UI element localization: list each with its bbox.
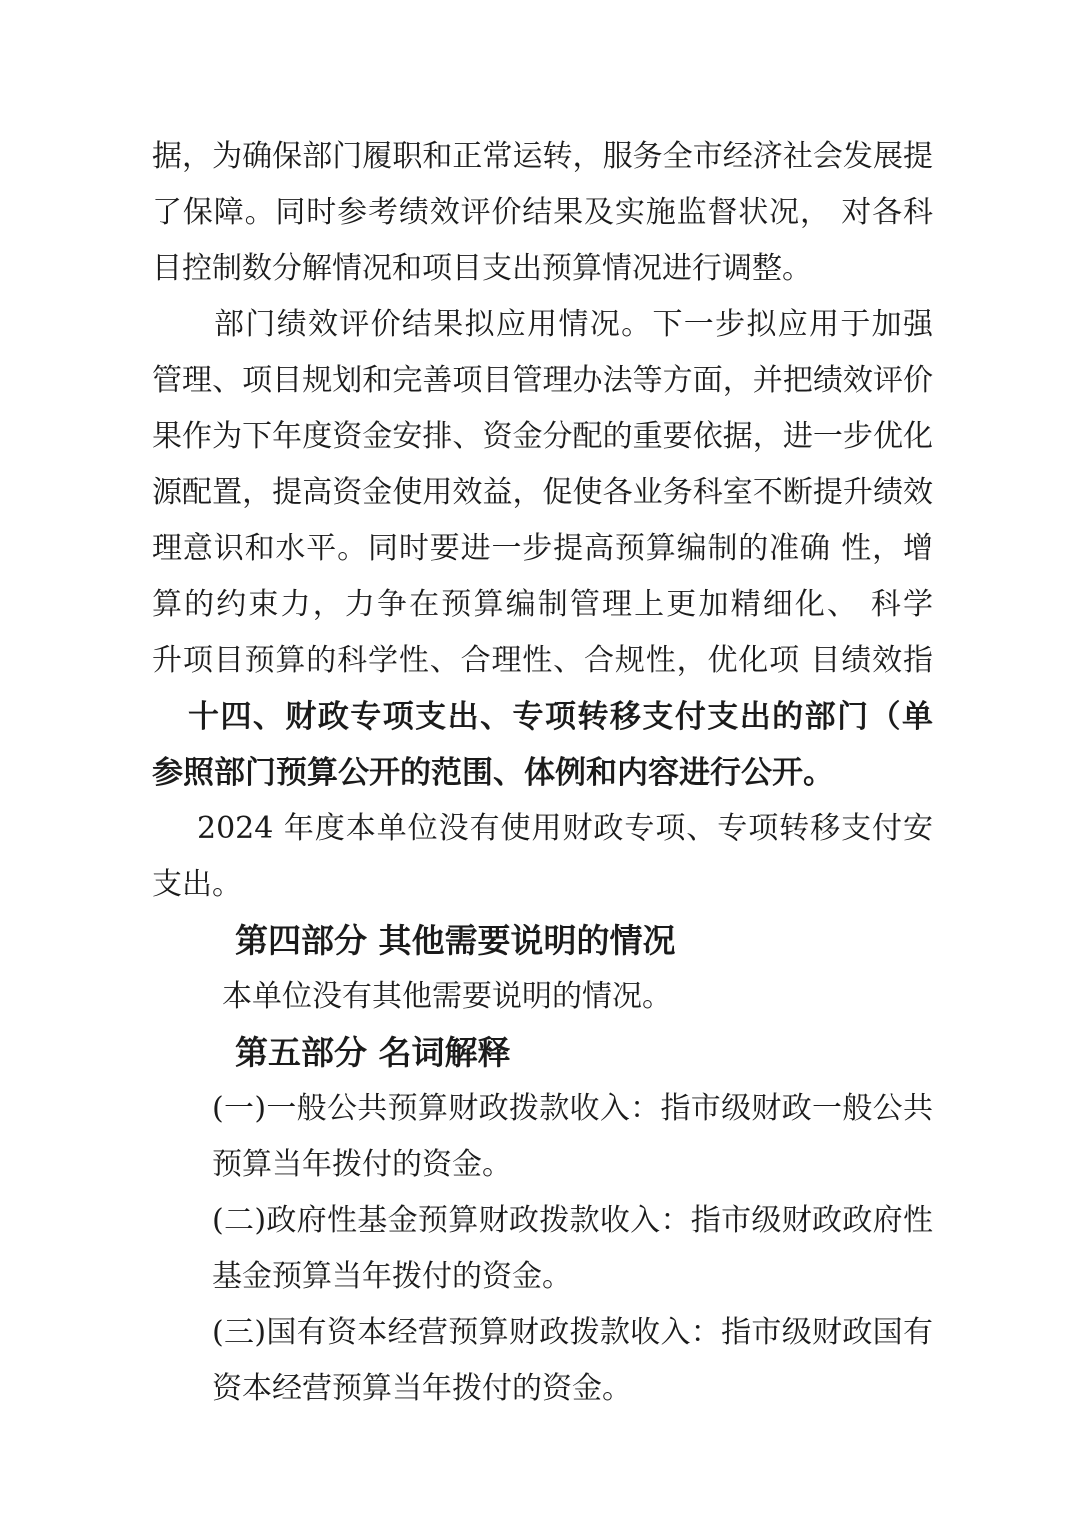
body-line: 理意识和水平。同时要进一步提高预算编制的准确 性，增强预 (152, 521, 933, 577)
item-14-heading-line: 十四、财政专项支出、专项转移支付支出的部门（单位） (152, 689, 933, 745)
glossary-line: (三)国有资本经营预算财政拨款收入：指市级财政国有 (152, 1305, 933, 1361)
glossary-line: 预算当年拨付的资金。 (152, 1137, 933, 1193)
body-line: 算的约束力，力争在预算编制管理上更加精细化、 科学化，提 (152, 577, 933, 633)
document-page: 据，为确保部门履职和正常运转，服务全市经济社会发展提供了保障。同时参考绩效评价结… (0, 0, 1075, 1520)
body-line: 升项目预算的科学性、合理性、合规性，优化项 目绩效指标。 (152, 633, 933, 689)
body-line: 本单位没有其他需要说明的情况。 (152, 969, 933, 1025)
glossary-line: 基金预算当年拨付的资金。 (152, 1249, 933, 1305)
body-line: 据，为确保部门履职和正常运转，服务全市经济社会发展提供 (152, 129, 933, 185)
body-line: 源配置，提高资金使用效益，促使各业务科室不断提升绩效管 (152, 465, 933, 521)
body-line: 部门绩效评价结果拟应用情况。下一步拟应用于加强预算 (152, 297, 933, 353)
item-14-heading-line: 参照部门预算公开的范围、体例和内容进行公开。 (152, 745, 933, 801)
body-line: 了保障。同时参考绩效评价结果及实施监督状况， 对各科室项 (152, 185, 933, 241)
body-line: 目控制数分解情况和项目支出预算情况进行调整。 (152, 241, 933, 297)
body-line: 支出。 (152, 857, 933, 913)
body-line: 果作为下年度资金安排、资金分配的重要依据，进一步优化资 (152, 409, 933, 465)
body-line: 2024 年度本单位没有使用财政专项、专项转移支付安排的 (152, 801, 933, 857)
glossary-line: (一)一般公共预算财政拨款收入：指市级财政一般公共 (152, 1081, 933, 1137)
glossary-line: 资本经营预算当年拨付的资金。 (152, 1361, 933, 1417)
body-line: 管理、项目规划和完善项目管理办法等方面，并把绩效评价结 (152, 353, 933, 409)
glossary-line: (二)政府性基金预算财政拨款收入：指市级财政政府性 (152, 1193, 933, 1249)
section-4-heading: 第四部分 其他需要说明的情况 (152, 913, 933, 969)
section-5-heading: 第五部分 名词解释 (152, 1025, 933, 1081)
document-body: 据，为确保部门履职和正常运转，服务全市经济社会发展提供了保障。同时参考绩效评价结… (152, 129, 933, 1417)
